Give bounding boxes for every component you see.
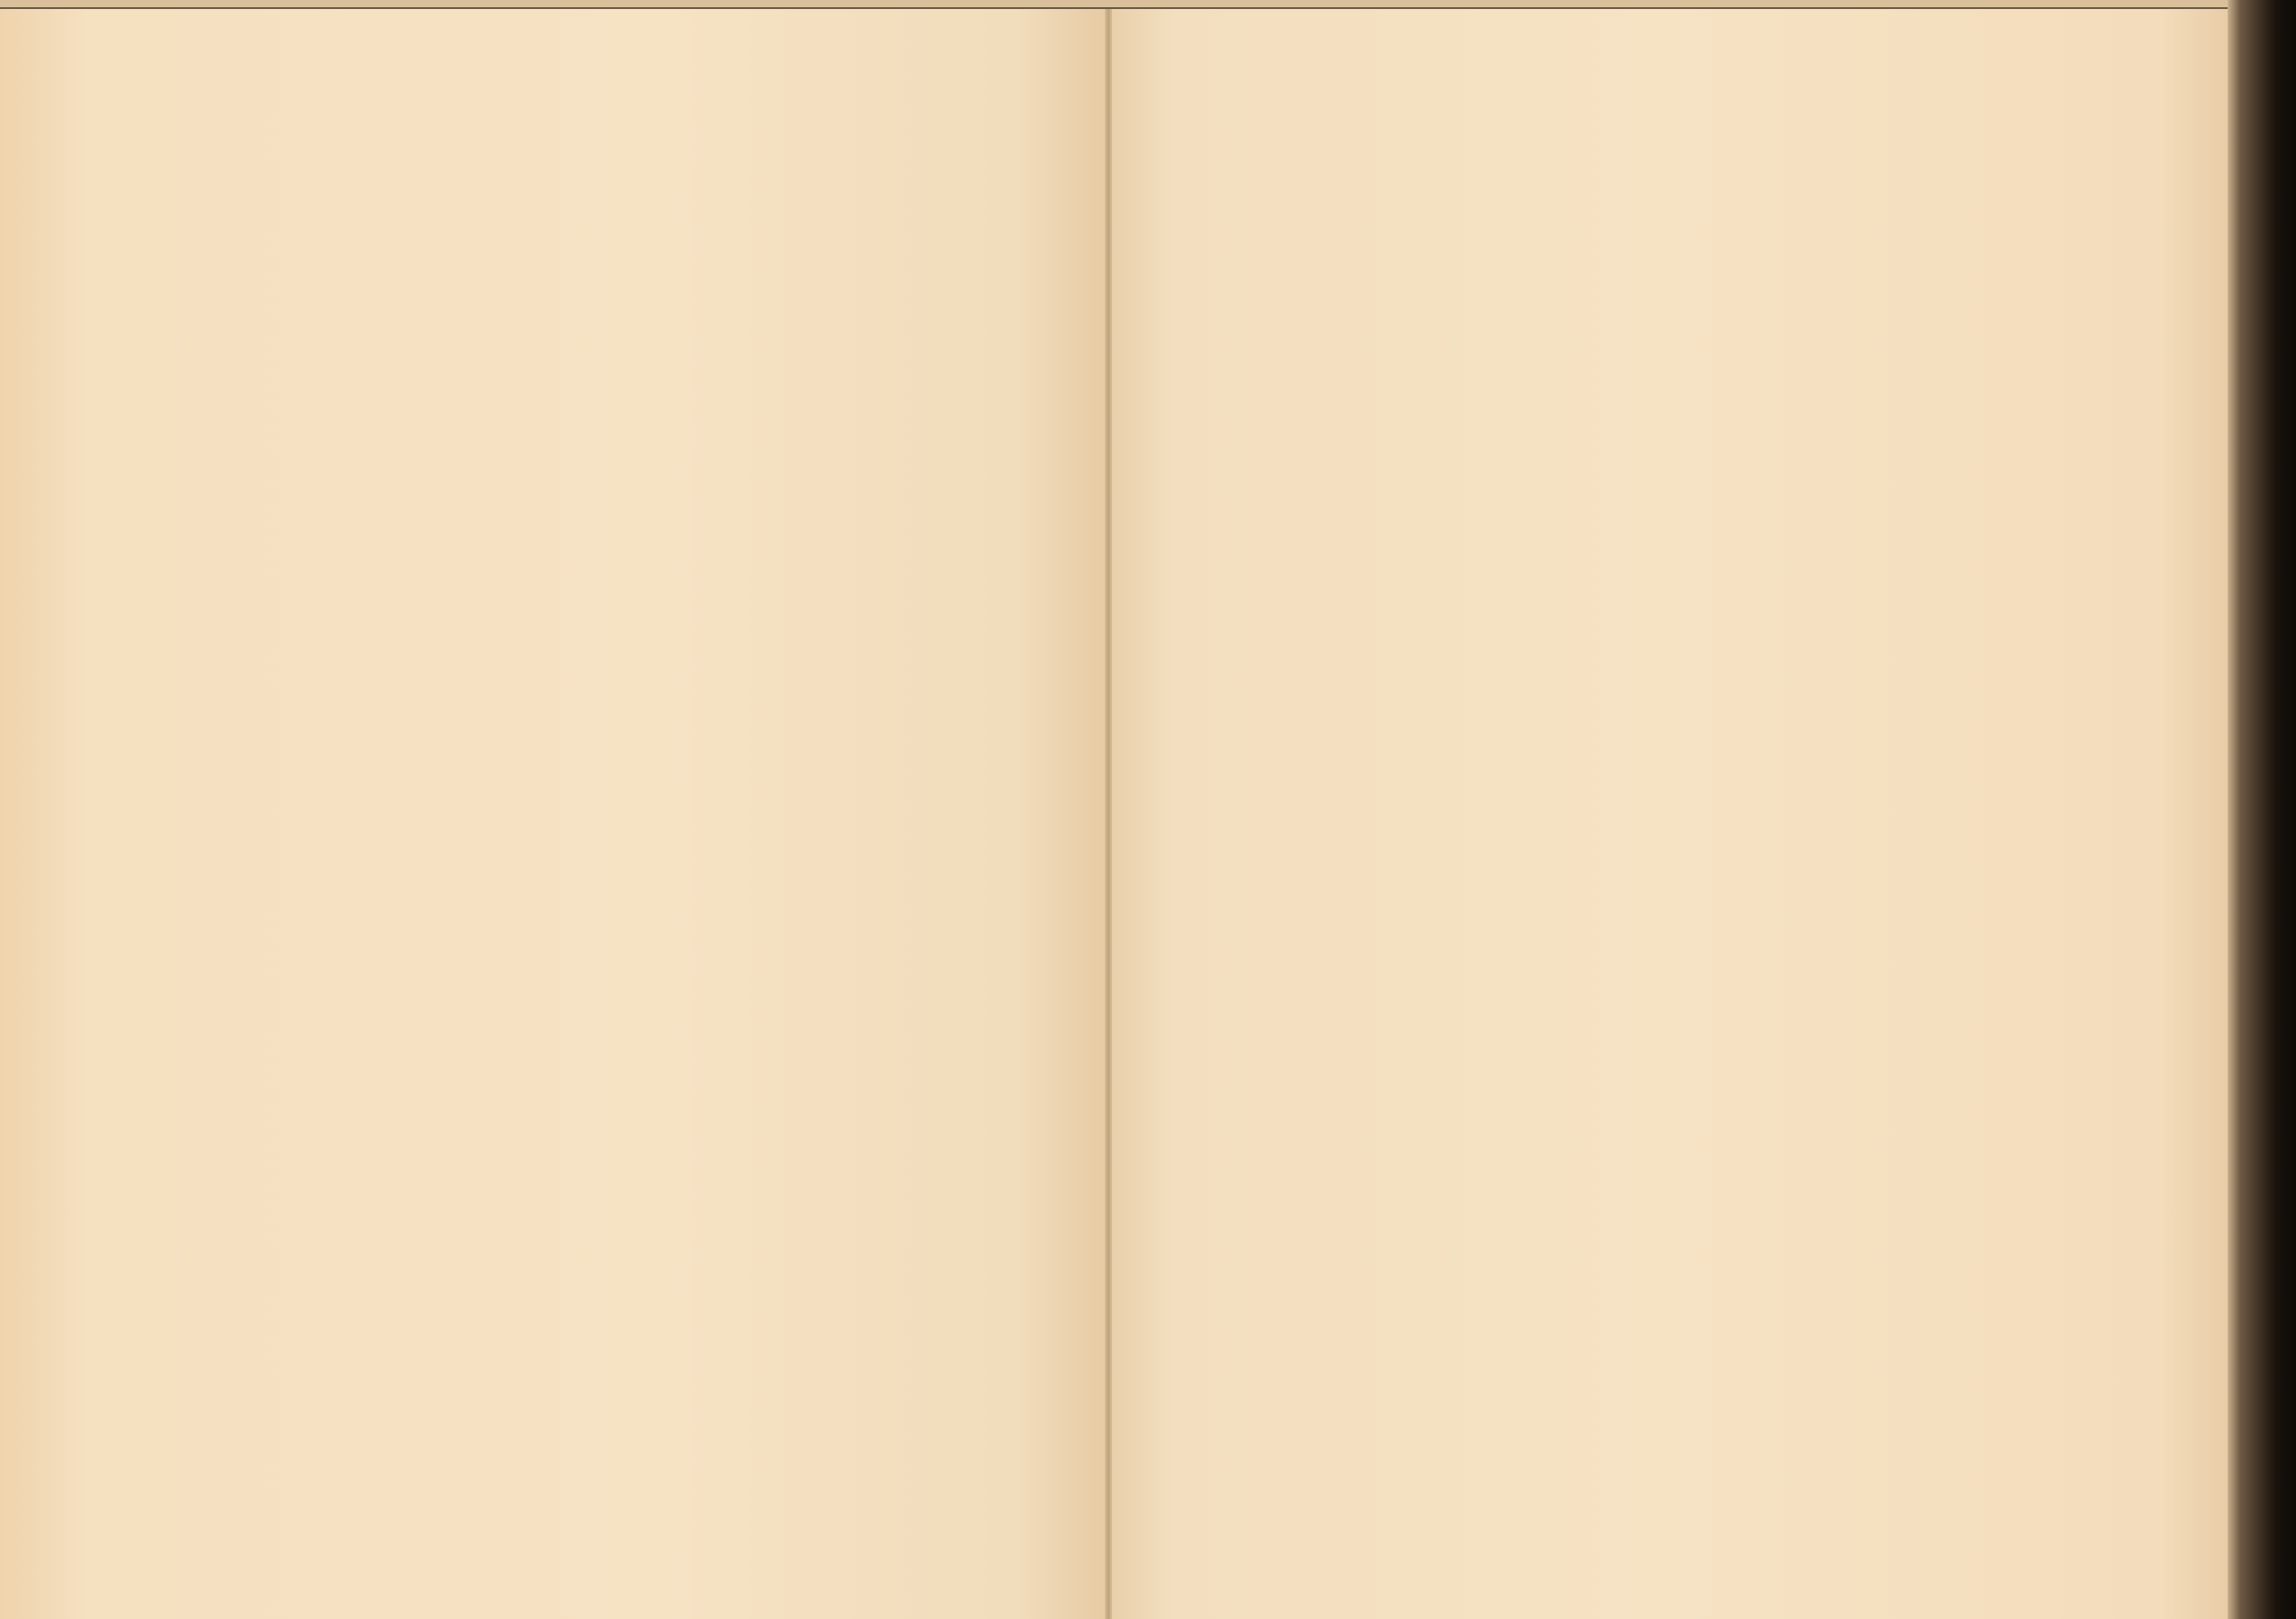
previous-page-edge — [0, 0, 2228, 9]
left-page — [0, 0, 1108, 1619]
book-cover-edge — [2228, 0, 2296, 1619]
right-page — [1108, 0, 2228, 1619]
book-gutter — [1105, 0, 1112, 1619]
